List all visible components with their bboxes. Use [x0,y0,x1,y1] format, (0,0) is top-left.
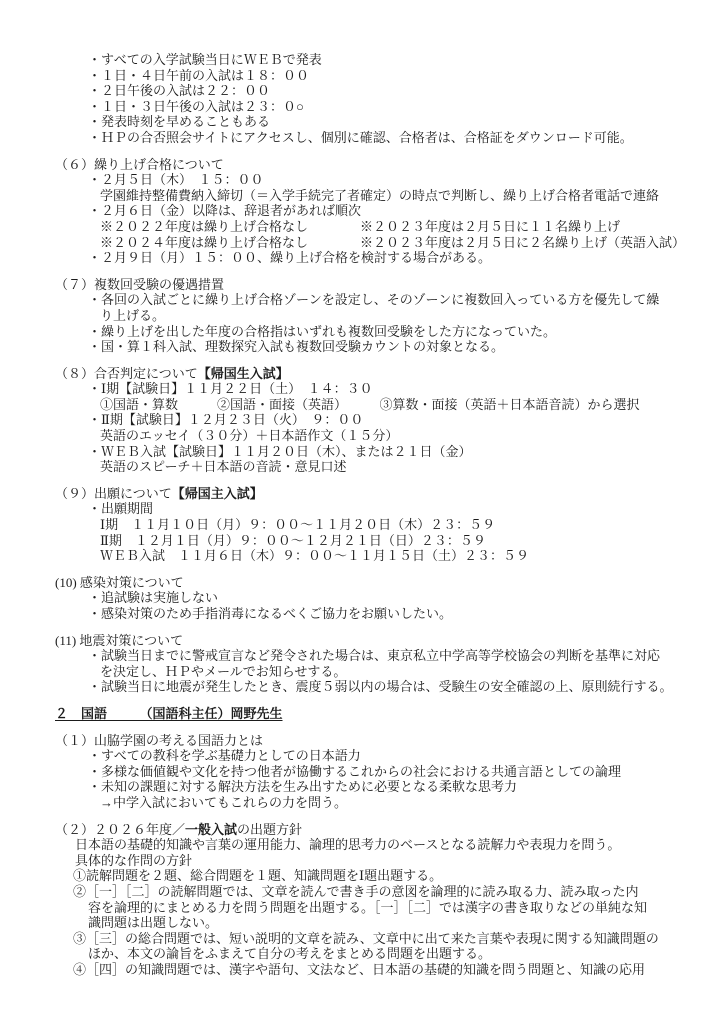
text-run: 【帰国主入試】 [172,486,263,501]
section-7-fukusuukai-yuuguu: （７）複数回受験の優遇措置・各回の入試ごとに繰り上げ合格ゾーンを設定し、そのゾー… [0,277,724,355]
section-header: （７）複数回受験の優遇措置 [55,277,724,293]
text-run: (11) 地震対策について [55,633,183,648]
text-run: ・発表時刻を早めることもある [88,114,270,129]
text-run: ・未知の課題に対する解決方法を生み出すために必要となる柔軟な思考力 [88,779,517,794]
kokugo-2-shutsudai-houshin: （２）２０２６年度／一般入試の出題方針日本語の基礎的知識や言葉の運用能力、論理的… [0,822,724,978]
text-run: ①国語・算数 ②国語・面接（英語） ③算数・面接（英語＋日本語音読）から選択 [100,397,640,412]
text-line: 英語のエッセイ（３０分）＋日本語作文（１５分） [100,428,724,444]
section-header: (10) 感染対策について [55,575,724,591]
text-run: ・繰り上げを出した年度の合格指はいずれも複数回受験をした方になっていた。 [88,324,556,339]
text-run: ・ＨＰの合否照会サイトにアクセスし、個別に確認、合格者は、合格証をダウンロード可… [88,130,633,145]
kokugo-1-kokugoryoku: （１）山脇学園の考える国語力とは・すべての教科を学ぶ基礎力としての日本語力・多様… [0,733,724,811]
text-line: ・ＨＰの合否照会サイトにアクセスし、個別に確認、合格者は、合格証をダウンロード可… [88,130,724,146]
text-run: ・１日・３日午後の入試は２３：０○ [88,99,304,114]
text-run: ほか、本文の論旨をふまえて自分の考えをまとめる問題を出題する。 [88,946,491,961]
text-line: ・すべての入学試験当日にＷＥＢで発表 [88,52,724,68]
text-line: →中学入試においてもこれらの力を問う。 [100,795,724,811]
section-header: （９）出願について【帰国主入試】 [55,486,724,502]
text-run: ・すべての教科を学ぶ基礎力としての日本語力 [88,748,361,763]
text-run: 日本語の基礎的知識や言葉の運用能力、論理的思考力のベースとなる読解力や表現力を問… [75,837,620,852]
text-line: Ⅰ期 １１月１０日（月）９：００～１１月２０日（木）２３：５９ [100,517,724,533]
text-line: ・発表時刻を早めることもある [88,114,724,130]
section-header: （８）合否判定について【帰国生入試】 [55,366,724,382]
page: ・すべての入学試験当日にＷＥＢで発表・１日・４日午前の入試は１８：００・２日午後… [0,0,724,1024]
text-line: ・未知の課題に対する解決方法を生み出すために必要となる柔軟な思考力 [88,779,724,795]
text-line: ・感染対策のため手指消毒になるべくご協力をお願いしたい。 [88,606,724,622]
text-run: 一般入試 [185,822,237,837]
text-run: ②［一］［二］の読解問題では、文章を読んで書き手の意図を論理的に読み取る力、読み… [73,884,639,899]
section-6-kuriage-goukaku: （６）繰り上げ合格について・２月５日（木） １５：００学園維持整備費納入締切（＝… [0,157,724,266]
text-run: （８）合否判定について [55,366,198,381]
text-run: (10) 感染対策について [55,575,184,590]
text-run: 【帰国生入試】 [198,366,289,381]
announcement-bullets: ・すべての入学試験当日にＷＥＢで発表・１日・４日午前の入試は１８：００・２日午後… [0,52,724,146]
text-line: ※２０２４年度は繰り上げ合格なし ※２０２３年度は２月５日に２名繰り上げ（英語入… [100,235,724,251]
text-line: ＷＥＢ入試 １１月６日（木）９：００～１１月１５日（土）２３：５９ [100,548,724,564]
text-run: ・試験当日までに警戒宣言など発令された場合は、東京私立中学高等学校協会の判断を基… [88,648,660,663]
section-10-kansen-taisaku: (10) 感染対策について・追試験は実施しない・感染対策のため手指消毒になるべく… [0,575,724,622]
text-run: 容を論理的にまとめる力を問う問題を出題する。［一］［二］では漢字の書き取りなどの… [88,900,647,915]
text-run: ２ 国語 （国語科主任）岡野先生 [55,706,283,721]
text-line: ・各回の入試ごとに繰り上げ合格ゾーンを設定し、そのゾーンに複数回入っている方を優… [88,292,724,308]
text-run: ・Ⅱ期【試験日】１２月２３日（火） ９：００ [88,412,363,427]
text-run: ・感染対策のため手指消毒になるべくご協力をお願いしたい。 [88,606,452,621]
text-run: ・試験当日に地震が発生したとき、震度５弱以内の場合は、受験生の安全確認の上、原則… [88,679,672,694]
text-run: ①読解問題を２題、総合問題を１題、知識問題をⅠ題出題する。 [73,868,442,883]
text-line: Ⅱ期 １２月１日（月）９：００～１２月２１日（日）２３：５９ [100,533,724,549]
text-run: ・２月９日（月）１５：００、繰り上げ合格を検討する場合がある。 [88,250,491,265]
text-line: ①読解問題を２題、総合問題を１題、知識問題をⅠ題出題する。 [73,868,724,884]
text-run: ・出願期間 [88,501,153,516]
text-line: ・２月９日（月）１５：００、繰り上げ合格を検討する場合がある。 [88,250,724,266]
text-run: ・各回の入試ごとに繰り上げ合格ゾーンを設定し、そのゾーンに複数回入っている方を優… [88,292,659,307]
text-line: ・２月５日（木） １５：００ [88,172,724,188]
text-line: 日本語の基礎的知識や言葉の運用能力、論理的思考力のベースとなる読解力や表現力を問… [75,837,724,853]
kokugo-heading: ２ 国語 （国語科主任）岡野先生 [0,706,724,722]
text-run: ・１日・４日午前の入試は１８：００ [88,68,309,83]
text-line: ・Ⅱ期【試験日】１２月２３日（火） ９：００ [88,412,724,428]
text-line: ・１日・３日午後の入試は２３：０○ [88,99,724,115]
text-run: ・２月６日（金）以降は、辞退者があれば順次 [88,203,361,218]
text-line: ・すべての教科を学ぶ基礎力としての日本語力 [88,748,724,764]
text-line: り上げる。 [100,308,724,324]
text-run: ・Ⅰ期【試験日】１１月２２日（土） １４：３０ [88,381,373,396]
document-body: ・すべての入学試験当日にＷＥＢで発表・１日・４日午前の入試は１８：００・２日午後… [0,0,724,977]
text-line: ・２月６日（金）以降は、辞退者があれば順次 [88,203,724,219]
text-run: （１）山脇学園の考える国語力とは [55,733,263,748]
text-run: の出題方針 [237,822,302,837]
text-run: 識問題は出題しない。 [88,915,218,930]
text-line: 学園維持整備費納入締切（＝入学手続完了者確定）の時点で判断し、繰り上げ合格者電話… [100,188,724,204]
text-run: ・すべての入学試験当日にＷＥＢで発表 [88,52,322,67]
text-line: 英語のスピーチ＋日本語の音読・意見口述 [100,459,724,475]
text-line: ・国・算１科入試、理数探究入試も複数回受験カウントの対象となる。 [88,339,724,355]
text-run: 学園維持整備費納入締切（＝入学手続完了者確定）の時点で判断し、繰り上げ合格者電話… [100,188,659,203]
text-line: ほか、本文の論旨をふまえて自分の考えをまとめる問題を出題する。 [88,946,724,962]
text-line: を決定し、ＨＰやメールでお知らせする。 [100,664,724,680]
text-run: （９）出願について [55,486,172,501]
text-line: ・２日午後の入試は２２：００ [88,83,724,99]
text-run: （７）複数回受験の優遇措置 [55,277,224,292]
text-line: ※２０２２年度は繰り上げ合格なし ※２０２３年度は２月５日に１１名繰り上げ [100,219,724,235]
text-run: （６）繰り上げ合格について [55,157,224,172]
text-run: ・国・算１科入試、理数探究入試も複数回受験カウントの対象となる。 [88,339,504,354]
text-line: 容を論理的にまとめる力を問う問題を出題する。［一］［二］では漢字の書き取りなどの… [88,900,724,916]
text-run: （２）２０２６年度／ [55,822,185,837]
text-line: ・多様な価値観や文化を持つ他者が協働するこれからの社会における共通言語としての論… [88,764,724,780]
section-header: ２ 国語 （国語科主任）岡野先生 [55,706,724,722]
text-run: ④［四］の知識問題では、漢字や語句、文法など、日本語の基礎的知識を問う問題と、知… [73,962,645,977]
text-line: ④［四］の知識問題では、漢字や語句、文法など、日本語の基礎的知識を問う問題と、知… [73,962,724,978]
text-run: り上げる。 [100,308,165,323]
text-line: ③［三］の総合問題では、短い説明的文章を読み、文章中に出て来た言葉や表現に関する… [73,931,724,947]
text-line: ・Ⅰ期【試験日】１１月２２日（土） １４：３０ [88,381,724,397]
text-run: ・追試験は実施しない [88,590,218,605]
text-run: 具体的な作問の方針 [75,853,192,868]
text-run: ・２月５日（木） １５：００ [88,172,264,187]
text-run: ※２０２４年度は繰り上げ合格なし ※２０２３年度は２月５日に２名繰り上げ（英語入… [100,235,685,250]
section-header: （１）山脇学園の考える国語力とは [55,733,724,749]
text-line: 識問題は出題しない。 [88,915,724,931]
text-run: Ⅱ期 １２月１日（月）９：００～１２月２１日（日）２３：５９ [100,533,486,548]
text-line: ・出願期間 [88,501,724,517]
text-run: ＷＥＢ入試 １１月６日（木）９：００～１１月１５日（土）２３：５９ [100,548,529,563]
section-header: （２）２０２６年度／一般入試の出題方針 [55,822,724,838]
text-line: ・追試験は実施しない [88,590,724,606]
text-run: ・多様な価値観や文化を持つ他者が協働するこれからの社会における共通言語としての論… [88,764,621,779]
text-run: ・ＷＥＢ入試【試験日】１１月２０日（木）、または２１日（金） [88,444,472,459]
text-line: ・試験当日に地震が発生したとき、震度５弱以内の場合は、受験生の安全確認の上、原則… [88,679,724,695]
section-header: (11) 地震対策について [55,633,724,649]
text-run: を決定し、ＨＰやメールでお知らせする。 [100,664,346,679]
text-run: ・２日午後の入試は２２：００ [88,83,270,98]
text-run: 英語のスピーチ＋日本語の音読・意見口述 [100,459,346,474]
text-line: ・試験当日までに警戒宣言など発令された場合は、東京私立中学高等学校協会の判断を基… [88,648,724,664]
text-run: ③［三］の総合問題では、短い説明的文章を読み、文章中に出て来た言葉や表現に関する… [73,931,659,946]
section-9-shutsugan: （９）出願について【帰国主入試】・出願期間Ⅰ期 １１月１０日（月）９：００～１１… [0,486,724,564]
section-11-jishin-taisaku: (11) 地震対策について・試験当日までに警戒宣言など発令された場合は、東京私立… [0,633,724,695]
section-8-gouhi-hantei: （８）合否判定について【帰国生入試】・Ⅰ期【試験日】１１月２２日（土） １４：３… [0,366,724,475]
text-line: ・１日・４日午前の入試は１８：００ [88,68,724,84]
text-run: ※２０２２年度は繰り上げ合格なし ※２０２３年度は２月５日に１１名繰り上げ [100,219,620,234]
section-header: （６）繰り上げ合格について [55,157,724,173]
text-run: Ⅰ期 １１月１０日（月）９：００～１１月２０日（木）２３：５９ [100,517,495,532]
text-line: ①国語・算数 ②国語・面接（英語） ③算数・面接（英語＋日本語音読）から選択 [100,397,724,413]
text-line: ・ＷＥＢ入試【試験日】１１月２０日（木）、または２１日（金） [88,444,724,460]
text-run: →中学入試においてもこれらの力を問う。 [100,795,347,810]
text-run: 英語のエッセイ（３０分）＋日本語作文（１５分） [100,428,398,443]
text-line: 具体的な作問の方針 [75,853,724,869]
text-line: ②［一］［二］の読解問題では、文章を読んで書き手の意図を論理的に読み取る力、読み… [73,884,724,900]
text-line: ・繰り上げを出した年度の合格指はいずれも複数回受験をした方になっていた。 [88,324,724,340]
